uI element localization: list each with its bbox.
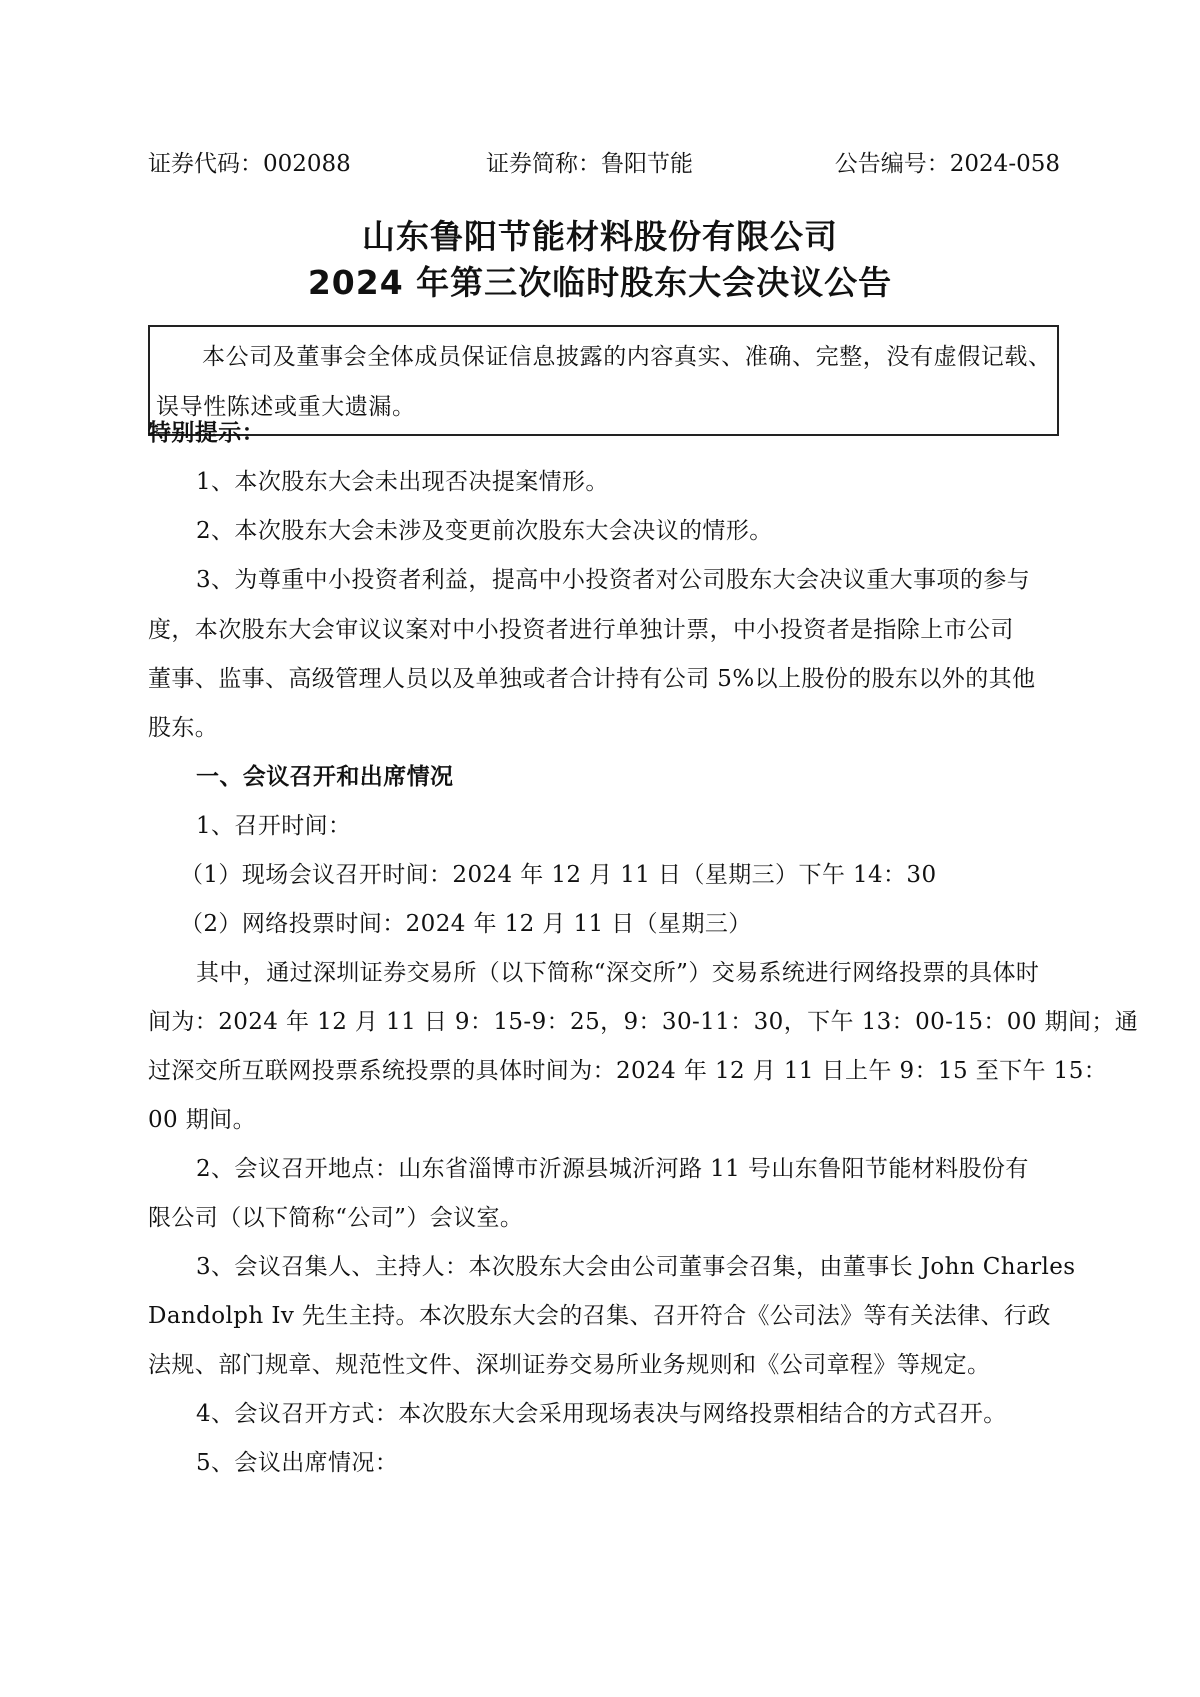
announcement-title: 2024 年第三次临时股东大会决议公告	[0, 260, 1200, 306]
special-notice-item-3-line-3: 董事、监事、高级管理人员以及单独或者合计持有公司 5%以上股份的股东以外的其他	[148, 663, 1035, 695]
announcement-number: 公告编号：2024-058	[835, 148, 1060, 180]
document-page: 证券代码：002088 证券简称：鲁阳节能 公告编号：2024-058 山东鲁阳…	[0, 0, 1200, 1697]
onsite-meeting-time: （1）现场会议召开时间：2024 年 12 月 11 日（星期三）下午 14：3…	[180, 859, 937, 891]
special-notice-item-3-line-4: 股东。	[148, 712, 218, 744]
online-voting-detail-line-3: 过深交所互联网投票系统投票的具体时间为：2024 年 12 月 11 日上午 9…	[148, 1055, 1107, 1087]
company-name-title: 山东鲁阳节能材料股份有限公司	[0, 214, 1200, 260]
online-voting-detail-line-1: 其中，通过深圳证券交易所（以下简称“深交所”）交易系统进行网络投票的具体时	[196, 957, 1039, 989]
special-notice-item-2: 2、本次股东大会未涉及变更前次股东大会决议的情形。	[196, 515, 773, 547]
section-1-heading: 一、会议召开和出席情况	[196, 761, 453, 793]
disclaimer-text: 本公司及董事会全体成员保证信息披露的内容真实、准确、完整，没有虚假记载、误导性陈…	[150, 332, 1056, 432]
disclaimer-box: 本公司及董事会全体成员保证信息披露的内容真实、准确、完整，没有虚假记载、误导性陈…	[148, 325, 1059, 436]
document-header: 证券代码：002088 证券简称：鲁阳节能 公告编号：2024-058	[148, 148, 1060, 180]
meeting-location-line-1: 2、会议召开地点：山东省淄博市沂源县城沂河路 11 号山东鲁阳节能材料股份有	[196, 1153, 1029, 1185]
meeting-method: 4、会议召开方式：本次股东大会采用现场表决与网络投票相结合的方式召开。	[196, 1398, 1007, 1430]
stock-abbreviation: 证券简称：鲁阳节能	[486, 148, 693, 180]
online-voting-detail-line-4: 00 期间。	[148, 1104, 256, 1136]
meeting-time-label: 1、召开时间：	[196, 810, 351, 842]
online-voting-time: （2）网络投票时间：2024 年 12 月 11 日（星期三）	[180, 908, 752, 940]
meeting-convener-line-1: 3、会议召集人、主持人：本次股东大会由公司董事会召集，由董事长 John Cha…	[196, 1251, 1075, 1283]
online-voting-detail-line-2: 间为：2024 年 12 月 11 日 9：15-9：25，9：30-11：30…	[148, 1006, 1138, 1038]
special-notice-item-3-line-1: 3、为尊重中小投资者利益，提高中小投资者对公司股东大会决议重大事项的参与	[196, 564, 1030, 596]
meeting-location-line-2: 限公司（以下简称“公司”）会议室。	[148, 1202, 523, 1234]
meeting-convener-line-2: Dandolph Iv 先生主持。本次股东大会的召集、召开符合《公司法》等有关法…	[148, 1300, 1051, 1332]
special-notice-item-3-line-2: 度，本次股东大会审议议案对中小投资者进行单独计票，中小投资者是指除上市公司	[148, 614, 1014, 646]
stock-code: 证券代码：002088	[148, 148, 351, 180]
meeting-attendance-label: 5、会议出席情况：	[196, 1447, 398, 1479]
special-notice-heading: 特别提示：	[148, 417, 265, 449]
special-notice-item-1: 1、本次股东大会未出现否决提案情形。	[196, 466, 609, 498]
meeting-convener-line-3: 法规、部门规章、规范性文件、深圳证券交易所业务规则和《公司章程》等规定。	[148, 1349, 990, 1381]
